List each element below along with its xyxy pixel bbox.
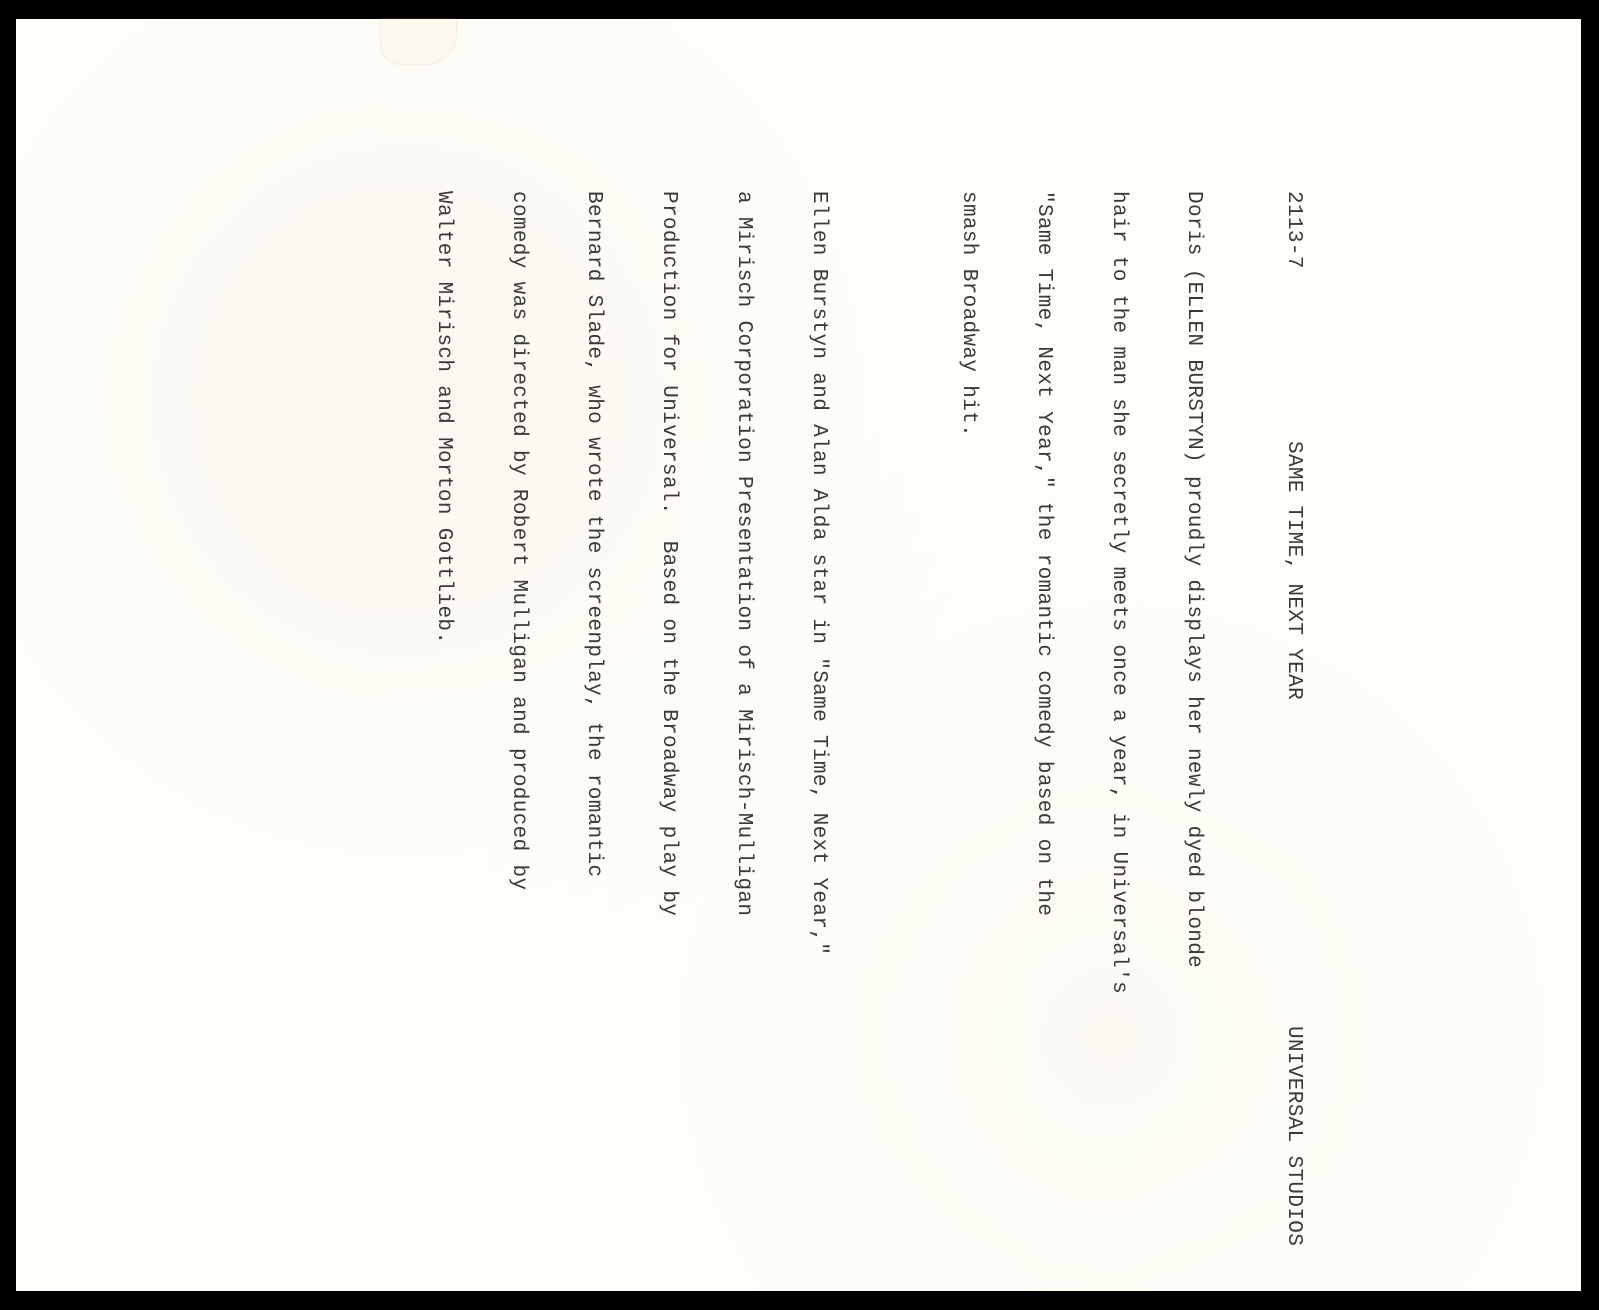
caption-paragraph-2: Ellen Burstyn and Alan Alda star in "Sam… [381, 191, 881, 1191]
still-code: 2113-7 [1281, 191, 1306, 269]
caption-header: 2113-7 SAME TIME, NEXT YEAR UNIVERSAL ST… [1281, 191, 1306, 1191]
typed-caption: 2113-7 SAME TIME, NEXT YEAR UNIVERSAL ST… [381, 191, 1306, 1191]
text-line: hair to the man she secretly meets once … [1106, 191, 1131, 1191]
text-line: smash Broadway hit. [956, 191, 981, 1191]
text-line: comedy was directed by Robert Mulligan a… [506, 191, 531, 1191]
text-line: a Mirisch Corporation Presentation of a … [731, 191, 756, 1191]
paper-sheet: 2113-7 SAME TIME, NEXT YEAR UNIVERSAL ST… [16, 19, 1581, 1291]
text-line: "Same Time, Next Year," the romantic com… [1031, 191, 1056, 1191]
text-line: Walter Mirisch and Morton Gottlieb. [431, 191, 456, 1191]
caption-paragraph-1: Doris (ELLEN BURSTYN) proudly displays h… [906, 191, 1256, 1191]
studio-name: UNIVERSAL STUDIOS [1281, 1026, 1306, 1246]
text-line: Doris (ELLEN BURSTYN) proudly displays h… [1181, 191, 1206, 1191]
text-line: Production for Universal. Based on the B… [656, 191, 681, 1191]
text-line: Bernard Slade, who wrote the screenplay,… [581, 191, 606, 1191]
text-line: Ellen Burstyn and Alan Alda star in "Sam… [806, 191, 831, 1191]
film-title: SAME TIME, NEXT YEAR [1281, 441, 1306, 700]
tape-mark [381, 19, 456, 64]
